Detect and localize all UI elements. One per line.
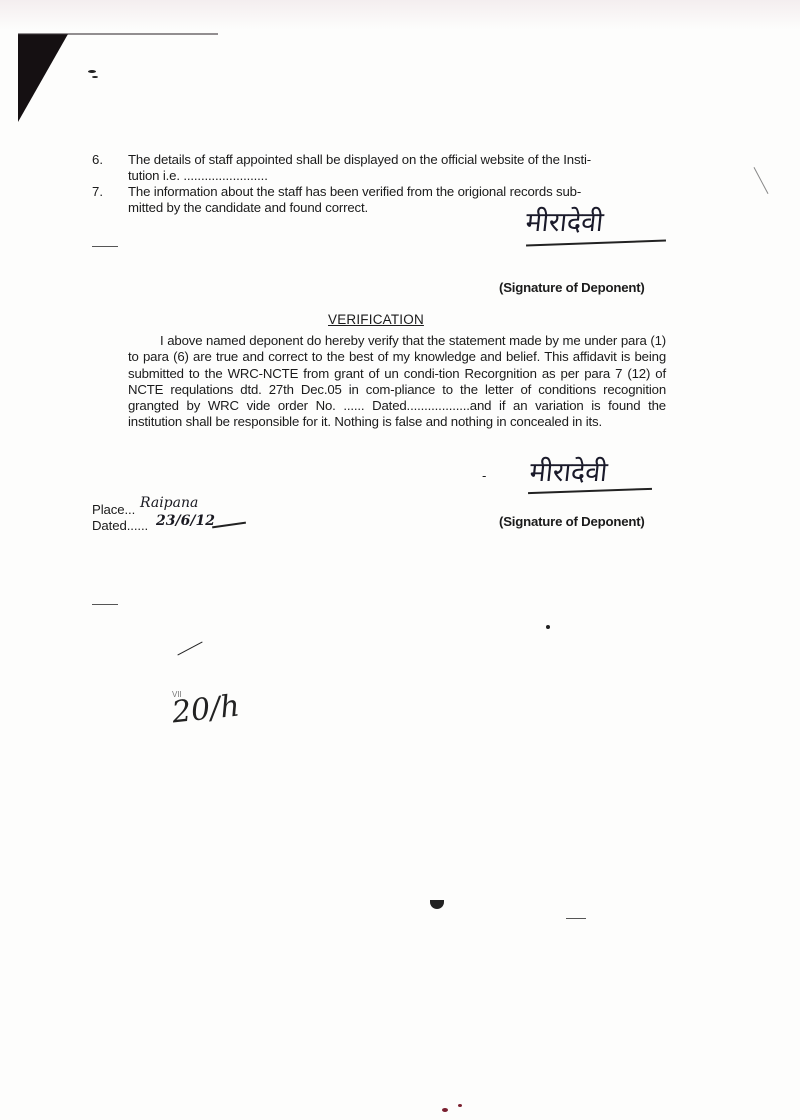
dated-handwritten-value: 23/6/12 (156, 513, 215, 529)
pen-stroke (177, 641, 202, 655)
verification-paragraph: I above named deponent do hereby verify … (128, 333, 666, 431)
scan-edge-line (18, 33, 218, 35)
scan-speck (546, 625, 550, 629)
item-number: 6. (92, 152, 103, 168)
place-label: Place... (92, 502, 135, 518)
scan-speck (92, 76, 98, 78)
scan-speck (88, 70, 96, 73)
scan-speck (442, 1108, 448, 1112)
scan-dash (754, 167, 769, 194)
place-handwritten-value: Raipana (140, 495, 198, 511)
item-number: 7. (92, 184, 103, 200)
folded-corner-shadow (18, 34, 68, 122)
scan-speck (458, 1104, 462, 1107)
signature-underline (526, 240, 666, 246)
signature-of-deponent-label: (Signature of Deponent) (499, 514, 645, 529)
dated-flourish (212, 522, 246, 528)
initials-stamp-mark: 20/h (170, 689, 241, 731)
scan-dash (92, 604, 118, 605)
signature-of-deponent-label: (Signature of Deponent) (499, 280, 645, 295)
deponent-signature-handwritten: मीरादेवी (528, 452, 609, 489)
item-6-line-1: The details of staff appointed shall be … (128, 152, 668, 168)
dated-label: Dated...... (92, 518, 148, 534)
deponent-signature-handwritten: मीरादेवी (524, 202, 605, 239)
scan-dash (566, 918, 586, 919)
dash-mark: - (482, 468, 486, 484)
scan-dash (92, 246, 118, 247)
scan-blot (430, 900, 444, 909)
item-7-line-1: The information about the staff has been… (128, 184, 668, 200)
item-6-line-2: tution i.e. ........................ (128, 168, 668, 184)
affidavit-page: 6. The details of staff appointed shall … (0, 0, 800, 1120)
verification-text: I above named deponent do hereby verify … (128, 333, 666, 429)
verification-heading: VERIFICATION (328, 312, 424, 327)
